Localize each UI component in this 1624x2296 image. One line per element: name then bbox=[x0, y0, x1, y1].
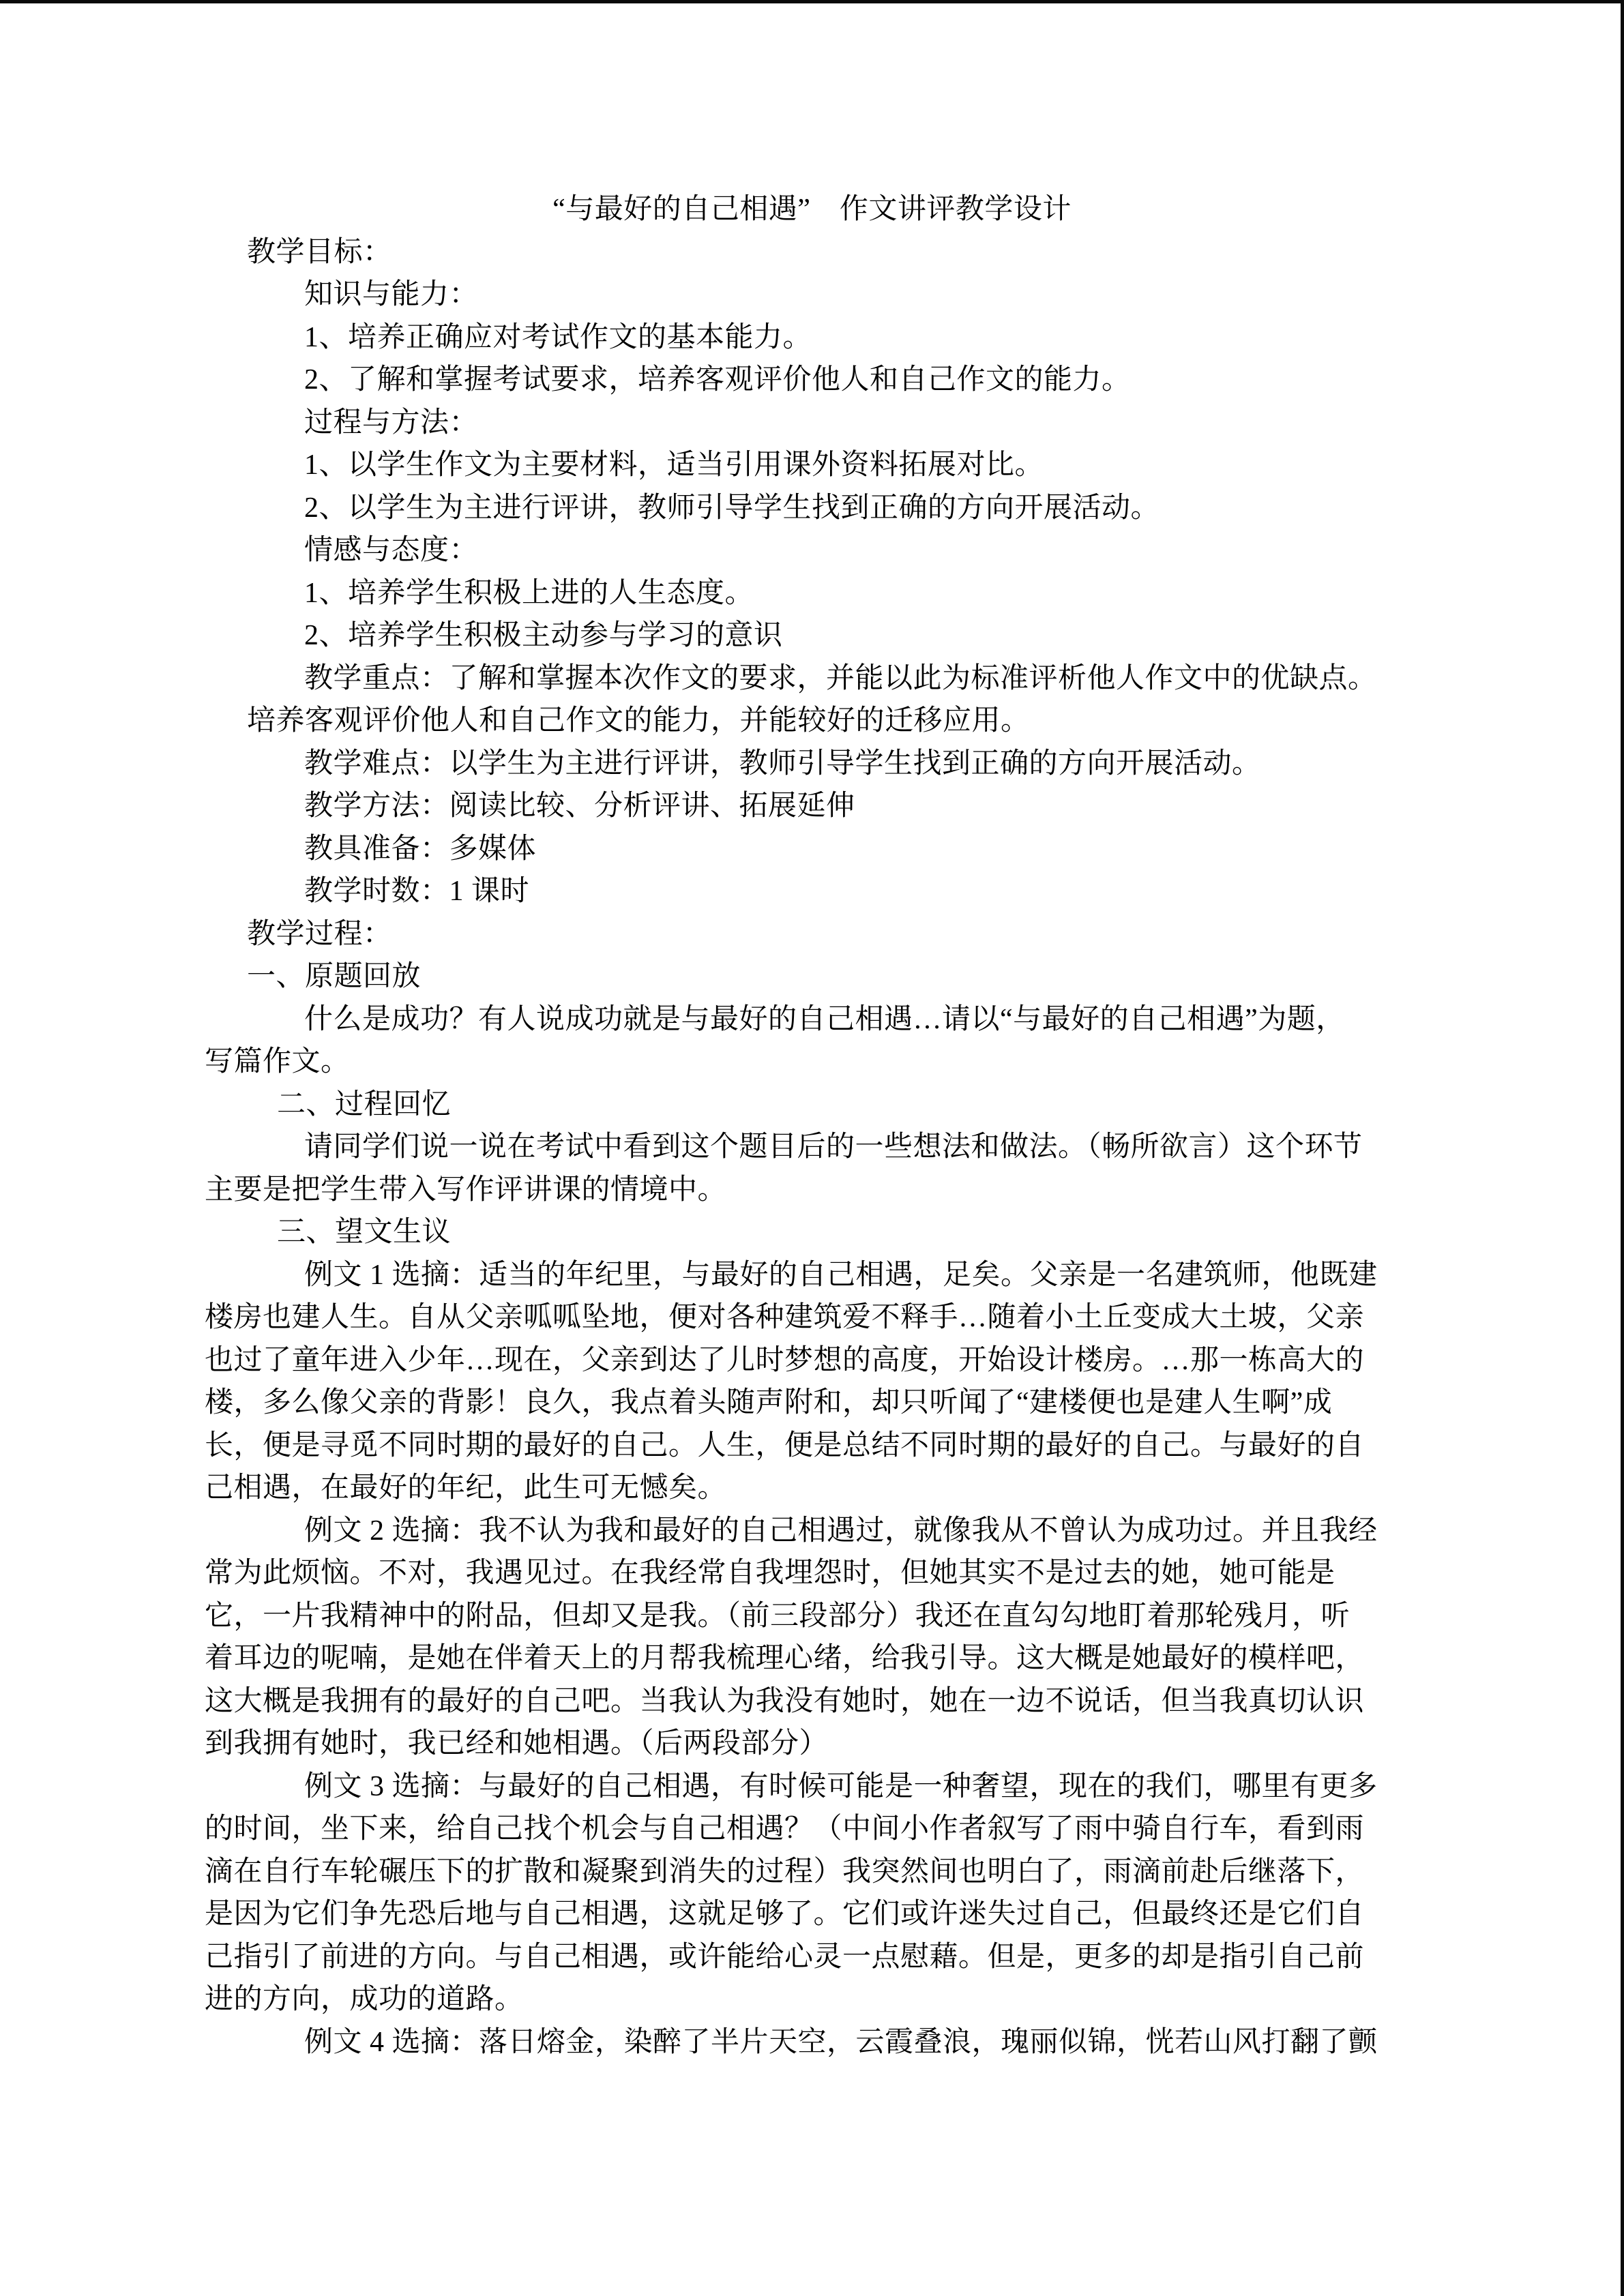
doc-line: 教学时数：1 课时 bbox=[205, 870, 1419, 913]
doc-line: 进的方向，成功的道路。 bbox=[205, 1978, 1419, 2021]
doc-line: 教具准备：多媒体 bbox=[205, 828, 1419, 871]
doc-line: 教学目标： bbox=[205, 231, 1419, 274]
doc-line: 己指引了前进的方向。与自己相遇，或许能给心灵一点慰藉。但是，更多的却是指引自己前 bbox=[205, 1936, 1419, 1979]
doc-line: 例文 3 选摘：与最好的自己相遇，有时候可能是一种奢望，现在的我们，哪里有更多 bbox=[205, 1765, 1419, 1808]
doc-line: 2、了解和掌握考试要求，培养客观评价他人和自己作文的能力。 bbox=[205, 359, 1419, 402]
doc-line: 三、望文生议 bbox=[205, 1211, 1419, 1254]
doc-line: 1、培养学生积极上进的人生态度。 bbox=[205, 572, 1419, 615]
doc-line: 长，便是寻觅不同时期的最好的自己。人生，便是总结不同时期的最好的自己。与最好的自 bbox=[205, 1425, 1419, 1467]
doc-line: 例文 4 选摘：落日熔金，染醉了半片天空，云霞叠浪，瑰丽似锦，恍若山风打翻了颤 bbox=[205, 2021, 1419, 2064]
doc-line: 2、以学生为主进行评讲，教师引导学生找到正确的方向开展活动。 bbox=[205, 487, 1419, 530]
doc-line: 2、培养学生积极主动参与学习的意识 bbox=[205, 614, 1419, 657]
doc-line: 教学过程： bbox=[205, 913, 1419, 956]
doc-line: 例文 1 选摘：适当的年纪里，与最好的自己相遇，足矣。父亲是一名建筑师，他既建 bbox=[205, 1254, 1419, 1297]
doc-line: 例文 2 选摘：我不认为我和最好的自己相遇过，就像我从不曾认为成功过。并且我经 bbox=[205, 1510, 1419, 1553]
document-title: “与最好的自己相遇” 作文讲评教学设计 bbox=[205, 188, 1419, 231]
doc-line: 到我拥有她时，我已经和她相遇。（后两段部分） bbox=[205, 1723, 1419, 1765]
doc-line: 一、原题回放 bbox=[205, 955, 1419, 998]
doc-line: 滴在自行车轮碾压下的扩散和凝聚到消失的过程）我突然间也明白了，雨滴前赴后继落下， bbox=[205, 1851, 1419, 1894]
doc-line: 知识与能力： bbox=[205, 273, 1419, 316]
doc-line: 教学难点：以学生为主进行评讲，教师引导学生找到正确的方向开展活动。 bbox=[205, 743, 1419, 786]
doc-line: 1、以学生作文为主要材料，适当引用课外资料拓展对比。 bbox=[205, 444, 1419, 487]
doc-line: 教学方法：阅读比较、分析评讲、拓展延伸 bbox=[205, 785, 1419, 828]
doc-line: 它，一片我精神中的附品，但却又是我。（前三段部分）我还在直勾勾地盯着那轮残月，听 bbox=[205, 1595, 1419, 1638]
doc-line: 着耳边的呢喃，是她在伴着天上的月帮我梳理心绪，给我引导。这大概是她最好的模样吧， bbox=[205, 1637, 1419, 1680]
doc-line: 也过了童年进入少年…现在，父亲到达了儿时梦想的高度，开始设计楼房。…那一栋高大的 bbox=[205, 1339, 1419, 1382]
doc-line: 己相遇，在最好的年纪，此生可无憾矣。 bbox=[205, 1467, 1419, 1510]
doc-line: 过程与方法： bbox=[205, 402, 1419, 445]
document-page: “与最好的自己相遇” 作文讲评教学设计 教学目标：知识与能力：1、培养正确应对考… bbox=[0, 0, 1624, 2296]
doc-line: 什么是成功？有人说成功就是与最好的自己相遇…请以“与最好的自己相遇”为题， bbox=[205, 998, 1419, 1041]
doc-line: 情感与态度： bbox=[205, 529, 1419, 572]
doc-line: 培养客观评价他人和自己作文的能力，并能较好的迁移应用。 bbox=[205, 700, 1419, 743]
doc-line: 是因为它们争先恐后地与自己相遇，这就足够了。它们或许迷失过自己，但最终还是它们自 bbox=[205, 1893, 1419, 1936]
doc-line: 请同学们说一说在考试中看到这个题目后的一些想法和做法。（畅所欲言）这个环节 bbox=[205, 1126, 1419, 1169]
doc-line: 这大概是我拥有的最好的自己吧。当我认为我没有她时，她在一边不说话，但当我真切认识 bbox=[205, 1680, 1419, 1723]
doc-line: 二、过程回忆 bbox=[205, 1084, 1419, 1127]
doc-line: 写篇作文。 bbox=[205, 1041, 1419, 1084]
doc-line: 楼房也建人生。自从父亲呱呱坠地，便对各种建筑爱不释手…随着小土丘变成大土坡，父亲 bbox=[205, 1296, 1419, 1339]
doc-line: 教学重点：了解和掌握本次作文的要求，并能以此为标准评析他人作文中的优缺点。 bbox=[205, 657, 1419, 700]
doc-line: 楼，多么像父亲的背影！良久，我点着头随声附和，却只听闻了“建楼便也是建人生啊”成 bbox=[205, 1382, 1419, 1425]
doc-line: 的时间，坐下来，给自己找个机会与自己相遇？（中间小作者叙写了雨中骑自行车，看到雨 bbox=[205, 1808, 1419, 1851]
doc-line: 1、培养正确应对考试作文的基本能力。 bbox=[205, 316, 1419, 359]
document-content: “与最好的自己相遇” 作文讲评教学设计 教学目标：知识与能力：1、培养正确应对考… bbox=[0, 0, 1624, 2063]
doc-line: 常为此烦恼。不对，我遇见过。在我经常自我埋怨时，但她其实不是过去的她，她可能是 bbox=[205, 1552, 1419, 1595]
doc-line: 主要是把学生带入写作评讲课的情境中。 bbox=[205, 1169, 1419, 1212]
